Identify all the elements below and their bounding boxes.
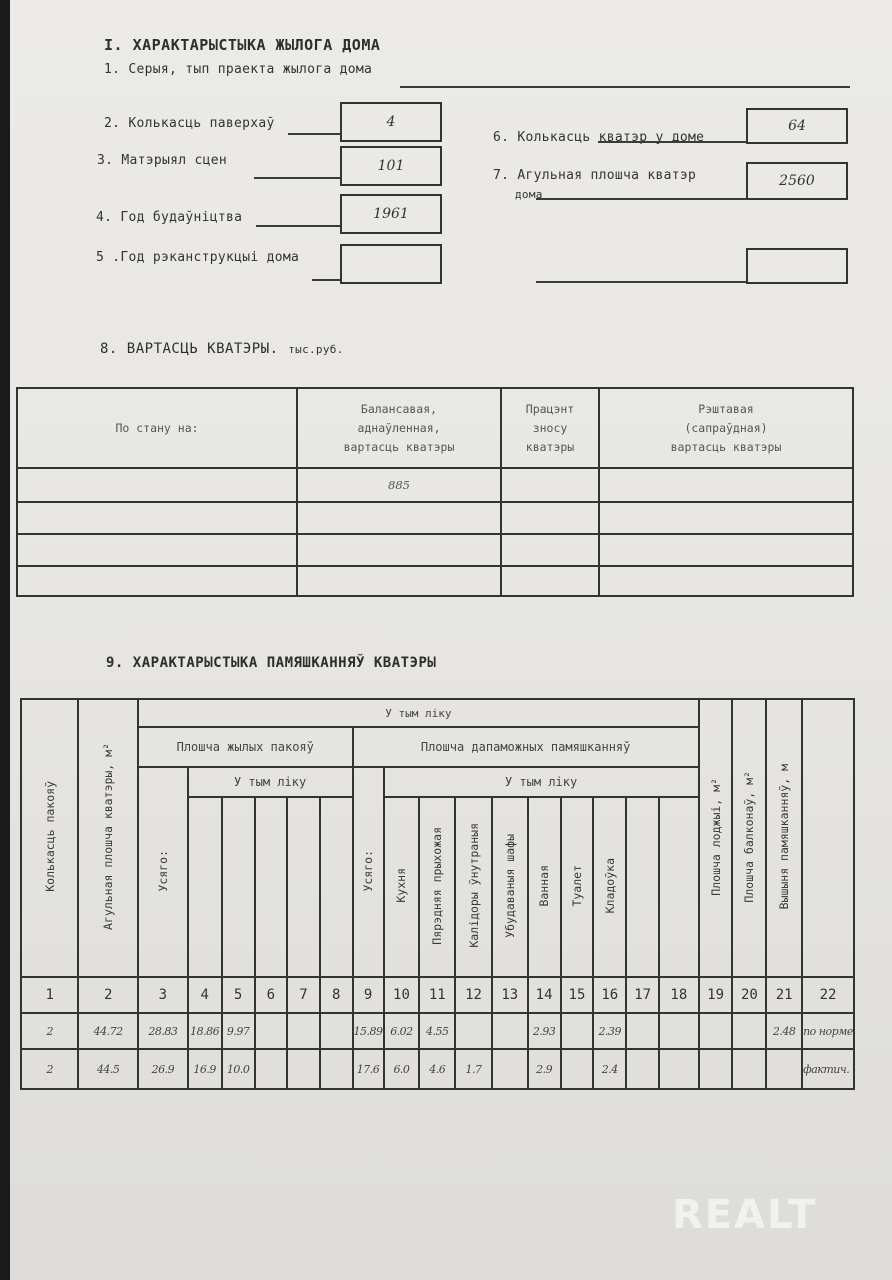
section1-title: I. ХАРАКТАРЫСТЫКА ЖЫЛОГА ДОМА xyxy=(104,36,380,54)
column-number-cell: 20 xyxy=(732,977,766,1013)
field-year-built-line xyxy=(256,225,342,227)
field-walls-box: 101 xyxy=(340,146,442,186)
field-floors-line xyxy=(288,133,342,135)
col-kitchen-label: Кухня xyxy=(394,868,408,903)
cost-cell xyxy=(501,566,599,596)
cost-cell xyxy=(599,534,853,566)
column-numbers-row: 12345678910111213141516171819202122 xyxy=(21,977,854,1013)
column-number-cell: 10 xyxy=(384,977,420,1013)
cost-header-balance-l3: вартасць кватэры xyxy=(298,438,500,457)
field-total-area-label-1: 7. Агульная плошча кватэр xyxy=(493,168,696,183)
rooms-data-cell xyxy=(561,1049,594,1089)
sub-living-header: У тым ліку xyxy=(188,767,353,797)
col-bathroom-header: Ванная xyxy=(528,797,561,977)
col-7-header xyxy=(287,797,320,977)
field-apartments-box: 64 xyxy=(746,108,848,144)
rooms-data-cell: 9.97 xyxy=(222,1013,255,1049)
field-apartments-value: 64 xyxy=(788,118,806,134)
section8-unit: тыс.руб. xyxy=(288,343,343,356)
col-4-header xyxy=(188,797,222,977)
cost-cell xyxy=(297,566,501,596)
cost-table-header: По стану на: Балансавая,аднаўленная,варт… xyxy=(17,388,853,468)
col-22-header xyxy=(802,699,854,977)
section8-heading: 8. ВАРТАСЦЬ КВАТЭРЫ. тыс.руб. xyxy=(100,338,344,357)
cost-header-balance-l2: аднаўленная, xyxy=(298,419,500,438)
rooms-data-cell: 2.9 xyxy=(528,1049,561,1089)
col-hall-label: Пярэдняя прыхожая xyxy=(430,827,444,945)
cost-cell xyxy=(501,534,599,566)
rooms-data-cell xyxy=(561,1013,594,1049)
col-bathroom-label: Ванная xyxy=(537,865,551,907)
realt-watermark-logo: REALT xyxy=(672,1192,817,1238)
rooms-data-cell: 17.6 xyxy=(353,1049,384,1089)
field-series-line xyxy=(400,86,850,88)
rooms-data-cell: 2.48 xyxy=(766,1013,802,1049)
rooms-data-cell xyxy=(492,1049,528,1089)
col-18-header xyxy=(659,797,699,977)
rooms-data-cell: 2 xyxy=(21,1049,78,1089)
rooms-data-cell: 1.7 xyxy=(455,1049,492,1089)
rooms-data-cell xyxy=(455,1013,492,1049)
field-reconstruction-label: 5 .Год рэканструкцыі дома xyxy=(96,250,299,265)
col-toilet-header: Туалет xyxy=(561,797,594,977)
cost-header-residual-l1: Рэштавая xyxy=(600,400,852,419)
cost-cell xyxy=(297,534,501,566)
field-year-built-label: 4. Год будаўніцтва xyxy=(96,210,242,225)
group-living-header: Плошча жылых пакояў xyxy=(138,727,353,767)
rooms-data-cell xyxy=(255,1013,288,1049)
col-closets-header: Убудаваныя шафы xyxy=(492,797,528,977)
cost-table-row xyxy=(17,534,853,566)
column-number-cell: 19 xyxy=(699,977,733,1013)
col-balcony-label: Плошча балконаў, м² xyxy=(742,771,756,903)
col-hall-header: Пярэдняя прыхожая xyxy=(419,797,455,977)
col-total-area-label: Агульная плошча кватэры, м² xyxy=(101,743,115,930)
rooms-data-cell: фактич. xyxy=(802,1049,854,1089)
field-year-built-box: 1961 xyxy=(340,194,442,234)
rooms-data-cell: 6.0 xyxy=(384,1049,420,1089)
rooms-data-cell: 28.83 xyxy=(138,1013,188,1049)
field-floors-value: 4 xyxy=(387,114,396,130)
column-number-cell: 16 xyxy=(593,977,626,1013)
col-aux-total-label: Усяго: xyxy=(361,850,375,892)
rooms-table: Колькасць пакояў Агульная плошча кватэры… xyxy=(20,698,855,1090)
col-aux-total-header: Усяго: xyxy=(353,767,384,977)
section8-title: 8. ВАРТАСЦЬ КВАТЭРЫ. xyxy=(100,341,279,357)
col-pantry-label: Кладоўка xyxy=(603,858,617,913)
cost-cell xyxy=(599,468,853,502)
column-number-cell: 18 xyxy=(659,977,699,1013)
col-corridors-header: Калідоры ўнутраныя xyxy=(455,797,492,977)
sub-aux-header: У тым ліку xyxy=(384,767,699,797)
rooms-data-cell xyxy=(255,1049,288,1089)
column-number-cell: 9 xyxy=(353,977,384,1013)
cost-cell xyxy=(297,502,501,534)
cost-header-date: По стану на: xyxy=(17,388,297,468)
column-number-cell: 15 xyxy=(561,977,594,1013)
field-year-built-value: 1961 xyxy=(373,206,409,222)
cost-cell xyxy=(599,566,853,596)
cost-cell xyxy=(17,534,297,566)
rooms-header-row-1: Колькасць пакояў Агульная плошча кватэры… xyxy=(21,699,854,727)
column-number-cell: 21 xyxy=(766,977,802,1013)
column-number-cell: 1 xyxy=(21,977,78,1013)
cost-table-row xyxy=(17,502,853,534)
rooms-data-cell xyxy=(320,1013,353,1049)
rooms-data-cell xyxy=(699,1013,733,1049)
rooms-data-cell xyxy=(626,1049,659,1089)
cost-header-date-text: По стану на: xyxy=(115,421,198,435)
rooms-data-cell: 4.55 xyxy=(419,1013,455,1049)
rooms-data-cell: 16.9 xyxy=(188,1049,222,1089)
field-walls-line xyxy=(254,177,342,179)
rooms-data-row: 244.526.916.910.017.66.04.61.72.92.4факт… xyxy=(21,1049,854,1089)
cost-cell xyxy=(17,566,297,596)
column-number-cell: 6 xyxy=(255,977,288,1013)
column-number-cell: 22 xyxy=(802,977,854,1013)
col-living-total-label: Усяго: xyxy=(156,850,170,892)
cost-cell: 885 xyxy=(297,468,501,502)
col-pantry-header: Кладоўка xyxy=(593,797,626,977)
cost-header-residual-l3: вартасць кватэры xyxy=(600,438,852,457)
column-number-cell: 3 xyxy=(138,977,188,1013)
rooms-data-cell: 6.02 xyxy=(384,1013,420,1049)
field-blank-line xyxy=(536,281,748,283)
rooms-data-cell xyxy=(492,1013,528,1049)
scanner-dark-edge xyxy=(0,0,10,1280)
cost-table-row xyxy=(17,566,853,596)
cost-header-balance-l1: Балансавая, xyxy=(298,400,500,419)
rooms-data-cell: 44.5 xyxy=(78,1049,138,1089)
cost-header-residual-l2: (сапраўдная) xyxy=(600,419,852,438)
column-number-cell: 11 xyxy=(419,977,455,1013)
col-rooms-count-header: Колькасць пакояў xyxy=(21,699,78,977)
rooms-data-cell: 2.39 xyxy=(593,1013,626,1049)
field-total-area-value: 2560 xyxy=(779,173,815,189)
rooms-data-cell xyxy=(659,1013,699,1049)
col-5-header xyxy=(222,797,255,977)
rooms-data-cell: 2.93 xyxy=(528,1013,561,1049)
field-floors-box: 4 xyxy=(340,102,442,142)
col-kitchen-header: Кухня xyxy=(384,797,420,977)
cost-header-wear-l1: Працэнт xyxy=(502,400,598,419)
col-closets-label: Убудаваныя шафы xyxy=(503,834,517,938)
field-total-area-line xyxy=(536,198,748,200)
col-total-area-header: Агульная плошча кватэры, м² xyxy=(78,699,138,977)
column-number-cell: 13 xyxy=(492,977,528,1013)
field-reconstruction-box xyxy=(340,244,442,284)
field-floors-label: 2. Колькасць паверхаў xyxy=(104,116,275,131)
field-series-label: 1. Серыя, тып праекта жылога дома xyxy=(104,62,372,77)
cost-header-wear: Працэнтзносукватэры xyxy=(501,388,599,468)
field-total-area-box: 2560 xyxy=(746,162,848,200)
col-8-header xyxy=(320,797,353,977)
rooms-data-cell xyxy=(699,1049,733,1089)
rooms-data-cell xyxy=(732,1049,766,1089)
rooms-data-cell xyxy=(732,1013,766,1049)
rooms-data-cell: 2.4 xyxy=(593,1049,626,1089)
rooms-data-cell xyxy=(287,1049,320,1089)
col-loggia-header: Плошча лоджыі, м² xyxy=(699,699,733,977)
cost-header-balance: Балансавая,аднаўленная,вартасць кватэры xyxy=(297,388,501,468)
field-blank-box xyxy=(746,248,848,284)
rooms-data-cell: 26.9 xyxy=(138,1049,188,1089)
rooms-data-cell xyxy=(320,1049,353,1089)
rooms-data-cell: 15.89 xyxy=(353,1013,384,1049)
col-rooms-count-label: Колькасць пакояў xyxy=(43,781,57,892)
col-6-header xyxy=(255,797,288,977)
group-aux-header: Плошча дапаможных памяшканняў xyxy=(353,727,699,767)
column-number-cell: 14 xyxy=(528,977,561,1013)
column-number-cell: 17 xyxy=(626,977,659,1013)
cost-cell xyxy=(501,468,599,502)
col-living-total-header: Усяго: xyxy=(138,767,188,977)
group-including-header: У тым ліку xyxy=(138,699,699,727)
rooms-data-cell: 10.0 xyxy=(222,1049,255,1089)
cost-cell xyxy=(17,502,297,534)
rooms-data-cell xyxy=(659,1049,699,1089)
rooms-data-cell xyxy=(287,1013,320,1049)
cost-table: По стану на: Балансавая,аднаўленная,варт… xyxy=(16,387,854,597)
cost-header-residual: Рэштавая(сапраўдная)вартасць кватэры xyxy=(599,388,853,468)
rooms-data-cell: по норме xyxy=(802,1013,854,1049)
column-number-cell: 4 xyxy=(188,977,222,1013)
rooms-data-cell xyxy=(766,1049,802,1089)
col-loggia-label: Плошча лоджыі, м² xyxy=(709,778,723,896)
col-corridors-label: Калідоры ўнутраныя xyxy=(467,823,481,948)
cost-cell xyxy=(599,502,853,534)
section9-title: 9. ХАРАКТАРЫСТЫКА ПАМЯШКАННЯЎ КВАТЭРЫ xyxy=(106,655,436,671)
rooms-data-cell: 44.72 xyxy=(78,1013,138,1049)
cost-header-wear-l2: зносу xyxy=(502,419,598,438)
field-apartments-line xyxy=(598,141,748,143)
rooms-data-cell: 4.6 xyxy=(419,1049,455,1089)
column-number-cell: 2 xyxy=(78,977,138,1013)
rooms-data-cell: 18.86 xyxy=(188,1013,222,1049)
col-height-header: Вышыня памяшканняў, м xyxy=(766,699,802,977)
column-number-cell: 8 xyxy=(320,977,353,1013)
cost-table-row: 885 xyxy=(17,468,853,502)
rooms-data-row: 244.7228.8318.869.9715.896.024.552.932.3… xyxy=(21,1013,854,1049)
column-number-cell: 5 xyxy=(222,977,255,1013)
col-height-label: Вышыня памяшканняў, м xyxy=(777,764,791,909)
cost-cell xyxy=(501,502,599,534)
field-walls-value: 101 xyxy=(378,158,405,174)
cost-header-wear-l3: кватэры xyxy=(502,438,598,457)
column-number-cell: 7 xyxy=(287,977,320,1013)
col-balcony-header: Плошча балконаў, м² xyxy=(732,699,766,977)
rooms-data-cell: 2 xyxy=(21,1013,78,1049)
column-number-cell: 12 xyxy=(455,977,492,1013)
field-reconstruction-line xyxy=(312,279,342,281)
col-toilet-label: Туалет xyxy=(570,865,584,907)
cost-cell xyxy=(17,468,297,502)
field-walls-label: 3. Матэрыял сцен xyxy=(97,153,227,168)
col-17-header xyxy=(626,797,659,977)
rooms-data-cell xyxy=(626,1013,659,1049)
